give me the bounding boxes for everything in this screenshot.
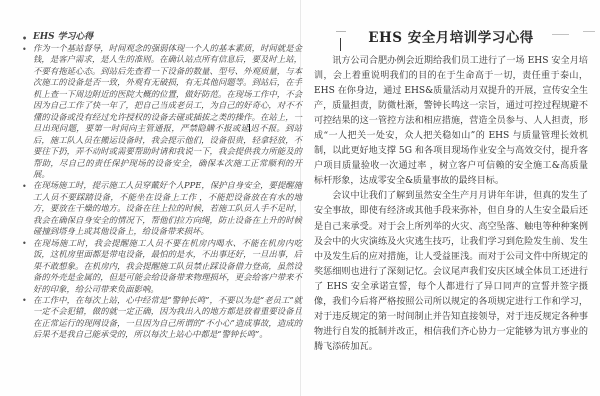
list-item[interactable]: 作为一个基站督导，时间观念的强弱体现一个人的基本素质，时间就是金钱，是客户需求，… <box>33 43 302 180</box>
list-item[interactable]: 在现场施工时，我会提醒施工人员不要在机房内喝水、不能在机房内吃饭，这机房里面都是… <box>33 238 302 295</box>
document-title: EHS 安全月培训学习心得 <box>314 30 588 47</box>
text-boundary-mark-icon <box>336 31 346 32</box>
paragraph[interactable]: 会议中让我们了解到虽然安全生产月月讲年年讲，但真的发生了安全事故，即使有经济或其… <box>314 189 588 355</box>
document-two-page-view: EHS 学习心得 作为一个基站督导，时间观念的强弱体现一个人的基本素质，时间就是… <box>0 0 600 396</box>
list-item-text: 作为一个基站督导，时间观念的强弱体现一个人的基本素质，时间就是金钱，是客户需求，… <box>33 43 302 133</box>
list-item[interactable]: 在工作中，在每次上站，心中经常是“警钟长鸣”，不要以为是“老员工”就一定不会犯错… <box>33 295 302 341</box>
list-item[interactable]: 在现场施工时，提示施工人员穿戴好个人PPE，保护自身安全，要提醒施工人员不要踩踏… <box>33 180 302 237</box>
title-cursor <box>340 38 341 51</box>
paragraph[interactable]: 讯方公司合肥办例会近期给我们员工进行了一场 EHS 安全月培训，会上着重说明我们… <box>314 54 588 189</box>
text-boundary-mark-icon <box>583 31 595 32</box>
text-boundary-mark-icon <box>552 34 569 35</box>
left-page[interactable]: EHS 学习心得 作为一个基站督导，时间观念的强弱体现一个人的基本素质，时间就是… <box>20 31 302 341</box>
right-page[interactable]: EHS 安全月培训学习心得 讯方公司合肥办例会近期给我们员工进行了一场 EHS … <box>314 30 588 355</box>
bullet-list: EHS 学习心得 作为一个基站督导，时间观念的强弱体现一个人的基本素质，时间就是… <box>20 31 302 341</box>
list-item-heading[interactable]: EHS 学习心得 <box>33 31 302 43</box>
